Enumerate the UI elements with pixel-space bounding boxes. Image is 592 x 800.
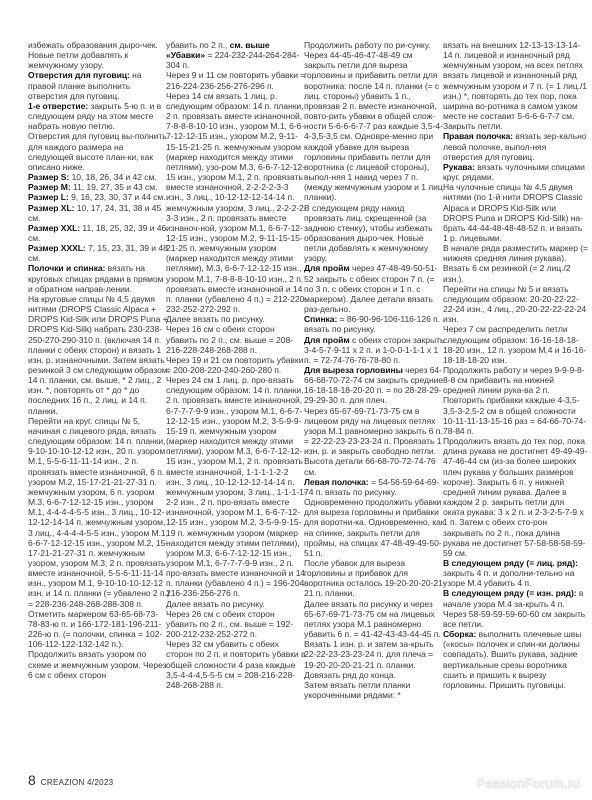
instruction-paragraph: Правая полочка: вязать зер-кально левой … <box>443 131 588 161</box>
instruction-paragraph: Через 7 см распределить петли следующим … <box>443 324 588 365</box>
instruction-paragraph: Размер L: 9, 16, 23, 30, 37 и 44 см. <box>28 192 170 202</box>
instruction-paragraph: Продолжить работу по ри-сунку. <box>304 40 446 50</box>
paragraph-text: Через 7 см распределить петли следующим … <box>443 324 586 364</box>
paragraph-text: После убавок для выреза горловины и приб… <box>304 558 446 598</box>
instruction-paragraph: Продолжить вязать до тех пор, пока длина… <box>443 436 588 558</box>
instruction-paragraph: Далее вязать по рисунку и через 65-67-69… <box>304 599 446 640</box>
paragraph-text: Продолжить вязать узором по схеме и жемч… <box>28 649 166 679</box>
paragraph-heading: 1-е отверстие: <box>28 101 88 111</box>
paragraph-text: 9, 16, 23, 30, 37 и 44 см. <box>69 192 166 202</box>
paragraph-text: избежать образования дыро-чек. Новые пет… <box>28 40 158 70</box>
instruction-paragraph: Сборка: выполнить плечевые швы («косы» п… <box>443 629 588 690</box>
instruction-paragraph: Отверстия для пуговиц: на правой планке … <box>28 70 170 100</box>
instruction-paragraph: Размер XL: 10, 17, 24, 31, 38 и 45 см. <box>28 203 170 223</box>
instruction-paragraph: Через 14 см вязать 1 лиц. р. следующим о… <box>166 91 308 314</box>
paragraph-text: Вязать 1 изн. р. и затем за-крыть 22-22-… <box>304 639 434 679</box>
instruction-paragraph: Для пройм с обеих сторон закрыть 3-4-5-7… <box>304 335 446 365</box>
instruction-paragraph: Перейти на круг. спицы № 5, начиная с ли… <box>28 416 170 650</box>
instruction-paragraph: В следующем ряду накид провязать лиц. ск… <box>304 203 446 264</box>
instruction-paragraph: В начале ряда разместить маркер (= нижня… <box>443 243 588 263</box>
paragraph-heading: Для пройм <box>304 263 350 273</box>
instruction-paragraph: В следующем ряду (= изн. ряд): в начале … <box>443 588 588 608</box>
magazine-page: избежать образования дыро-чек. Новые пет… <box>0 0 592 800</box>
instruction-paragraph: Спинка: = 86-90-96-106-116-126 п. вязать… <box>304 314 446 334</box>
paragraph-heading: Левая полочка: <box>304 477 369 487</box>
paragraph-heading: Спинка: <box>304 314 337 324</box>
paragraph-heading: Размер XL: <box>28 203 74 213</box>
paragraph-text: Через 24 см 1 лиц. р. про-вязать следующ… <box>166 375 307 598</box>
paragraph-text: Через 9 и 11 см повторить убавки = 216-2… <box>166 70 305 90</box>
instruction-paragraph: Далее вязать по рисунку. <box>166 314 308 324</box>
instruction-paragraph: Через 19 и 21 см повторить убавки = 200-… <box>166 355 308 375</box>
paragraph-text: = 54-56-59-64-69-74 п. вязать по рисунку… <box>304 477 445 558</box>
instruction-paragraph: Левая полочка: = 54-56-59-64-69-74 п. вя… <box>304 477 446 558</box>
paragraph-text: Отверстия для пуговиц вы-полнить для каж… <box>28 131 167 171</box>
paragraph-text: Через 26 см с обеих сторон убавить по 2 … <box>166 609 293 639</box>
paragraph-text: 10, 18, 26, 34 и 42 см. <box>69 172 156 182</box>
paragraph-text: закрыть 4 п. и дополни-тельно на узоре М… <box>443 568 574 588</box>
instruction-paragraph: избежать образования дыро-чек. Новые пет… <box>28 40 170 70</box>
paragraph-heading: Сборка: <box>443 629 476 639</box>
paragraph-text: Перейти на круг. спицы № 5, начиная с ли… <box>28 416 170 649</box>
paragraph-text: убавить по 2 п., <box>166 40 230 50</box>
instruction-paragraph: Вязать 6 см резинкой (= 2 лиц./2 изн.). <box>443 263 588 283</box>
instruction-paragraph: Через 24 см 1 лиц. р. про-вязать следующ… <box>166 375 308 598</box>
paragraph-text: Через 32 см убавить с обеих сторон по 2 … <box>166 639 305 690</box>
paragraph-heading: Отверстия для пуговиц: <box>28 70 130 80</box>
text-column-4: вязать на внешних 12-13-13-13-14-14 п. л… <box>443 40 588 690</box>
paragraph-heading: Размер XXL: <box>28 223 80 233</box>
instruction-paragraph: Размер M: 11, 19, 27, 35 и 43 см. <box>28 182 170 192</box>
paragraph-text: Через 44-45-46-47-48-49 см закрыть петли… <box>304 50 445 202</box>
paragraph-text: Далее вязать по рисунку. <box>166 599 265 609</box>
paragraph-text: Вязать 6 см резинкой (= 2 лиц./2 изн.). <box>443 263 570 283</box>
paragraph-text: Затем вязать петли планки укороченными р… <box>304 680 410 700</box>
paragraph-text: Продолжить работу по ри-сунку. <box>304 40 430 50</box>
paragraph-text: Через 14 см вязать 1 лиц. р. следующим о… <box>166 91 307 314</box>
paragraph-text: Продолжить вязать до тех пор, пока длина… <box>443 436 587 558</box>
paragraph-heading: В следующем ряду (= лиц. ряд): <box>443 558 578 568</box>
paragraph-text: Перейти на спицы № 5 и вязать следующим … <box>443 284 586 324</box>
instruction-paragraph: Через 16 см с обеих сторон убавить по 2 … <box>166 324 308 354</box>
instruction-paragraph: На круговые спицы № 4,5 двумя нитями (DR… <box>28 294 170 416</box>
instruction-paragraph: Перейти на спицы № 5 и вязать следующим … <box>443 284 588 325</box>
instruction-paragraph: Полочки и спинка: вязать на круговых спи… <box>28 263 170 293</box>
instruction-paragraph: убавить по 2 п., см. выше «Убавки» = 224… <box>166 40 308 70</box>
paragraph-heading: Размер M: <box>28 182 71 192</box>
instruction-paragraph: Продолжить вязать узором по схеме и жемч… <box>28 649 170 679</box>
instruction-paragraph: Далее вязать по рисунку. <box>166 599 308 609</box>
paragraph-text: Через 19 и 21 см повторить убавки = 200-… <box>166 355 303 375</box>
paragraph-heading: Для выреза горловины <box>304 365 403 375</box>
paragraph-heading: Полочки и спинка: <box>28 263 105 273</box>
paragraph-text: Продолжить работу и через 9-9-9-8-8-8 см… <box>443 365 586 436</box>
paragraph-heading: Размер XXXL: <box>28 243 86 253</box>
instruction-paragraph: Через 9 и 11 см повторить убавки = 216-2… <box>166 70 308 90</box>
paragraph-heading: Для пройм <box>304 335 350 345</box>
paragraph-text: Через 58-59-59-59-60-60 см закрыть все п… <box>443 609 585 629</box>
instruction-paragraph: Через 44-45-46-47-48-49 см закрыть петли… <box>304 50 446 202</box>
paragraph-text: Через 65-67-69-71-73-75 см в лицевом ряд… <box>304 406 443 477</box>
instruction-paragraph: Размер XXXL: 7, 15, 23, 31, 39 и 48 см. <box>28 243 170 263</box>
instruction-paragraph: Через 65-67-69-71-73-75 см в лицевом ряд… <box>304 406 446 477</box>
instruction-paragraph: Продолжить работу и через 9-9-9-8-8-8 см… <box>443 365 588 436</box>
instruction-paragraph: После убавок для выреза горловины и приб… <box>304 558 446 599</box>
text-column-3: Продолжить работу по ри-сунку.Через 44-4… <box>304 40 446 700</box>
instruction-paragraph: Для пройм через 47-48-49-50-51-52 закрыт… <box>304 263 446 314</box>
instruction-paragraph: Через 26 см с обеих сторон убавить по 2 … <box>166 609 308 639</box>
instruction-paragraph: Размер XXL: 11, 18, 25, 32, 39 и 46 см. <box>28 223 170 243</box>
watermark: PassionForum.ru <box>477 776 580 791</box>
paragraph-heading: В следующем ряду (= изн. ряд): <box>443 588 577 598</box>
paragraph-text: В следующем ряду накид провязать лиц. ск… <box>304 203 433 264</box>
paragraph-heading: Правая полочка: <box>443 131 513 141</box>
instruction-paragraph: Через 32 см убавить с обеих сторон по 2 … <box>166 639 308 690</box>
paragraph-heading: Размер L: <box>28 192 69 202</box>
magazine-issue: CREAZION 4/2023 <box>41 778 114 787</box>
paragraph-text: В начале ряда разместить маркер (= нижня… <box>443 243 588 263</box>
paragraph-text: Далее вязать по рисунку и через 65-67-69… <box>304 599 441 639</box>
text-column-2: убавить по 2 п., см. выше «Убавки» = 224… <box>166 40 308 690</box>
paragraph-text: Далее вязать по рисунку. <box>166 314 265 324</box>
instruction-paragraph: Отверстия для пуговиц вы-полнить для каж… <box>28 131 170 172</box>
instruction-paragraph: Для выреза горловины через 64-66-68-70-7… <box>304 365 446 406</box>
paragraph-text: На чулочные спицы № 4,5 двумя нитями (по… <box>443 182 583 243</box>
instruction-paragraph: Через 58-59-59-59-60-60 см закрыть все п… <box>443 609 588 629</box>
instruction-paragraph: вязать на внешних 12-13-13-13-14-14 п. л… <box>443 40 588 131</box>
instruction-paragraph: Вязать 1 изн. р. и затем за-крыть 22-22-… <box>304 639 446 680</box>
page-number: 8 <box>28 772 36 788</box>
paragraph-heading: Рукава: <box>443 162 475 172</box>
paragraph-text: На круговые спицы № 4,5 двумя нитями (DR… <box>28 294 170 416</box>
page-footer: 8 CREAZION 4/2023 <box>28 772 113 788</box>
instruction-paragraph: Затем вязать петли планки укороченными р… <box>304 680 446 700</box>
instruction-paragraph: На чулочные спицы № 4,5 двумя нитями (по… <box>443 182 588 243</box>
paragraph-text: 11, 19, 27, 35 и 43 см. <box>71 182 158 192</box>
instruction-paragraph: Размер S: 10, 18, 26, 34 и 42 см. <box>28 172 170 182</box>
instruction-paragraph: 1-е отверстие: закрыть 5-ю п. и в следую… <box>28 101 170 131</box>
paragraph-text: вязать на внешних 12-13-13-13-14-14 п. л… <box>443 40 587 131</box>
instruction-paragraph: В следующем ряду (= лиц. ряд): закрыть 4… <box>443 558 588 588</box>
instruction-paragraph: Рукава: вязать чулочными спицами круг. р… <box>443 162 588 182</box>
text-column-1: избежать образования дыро-чек. Новые пет… <box>28 40 170 680</box>
paragraph-text: Через 16 см с обеих сторон убавить по 2 … <box>166 324 293 354</box>
paragraph-heading: Размер S: <box>28 172 69 182</box>
